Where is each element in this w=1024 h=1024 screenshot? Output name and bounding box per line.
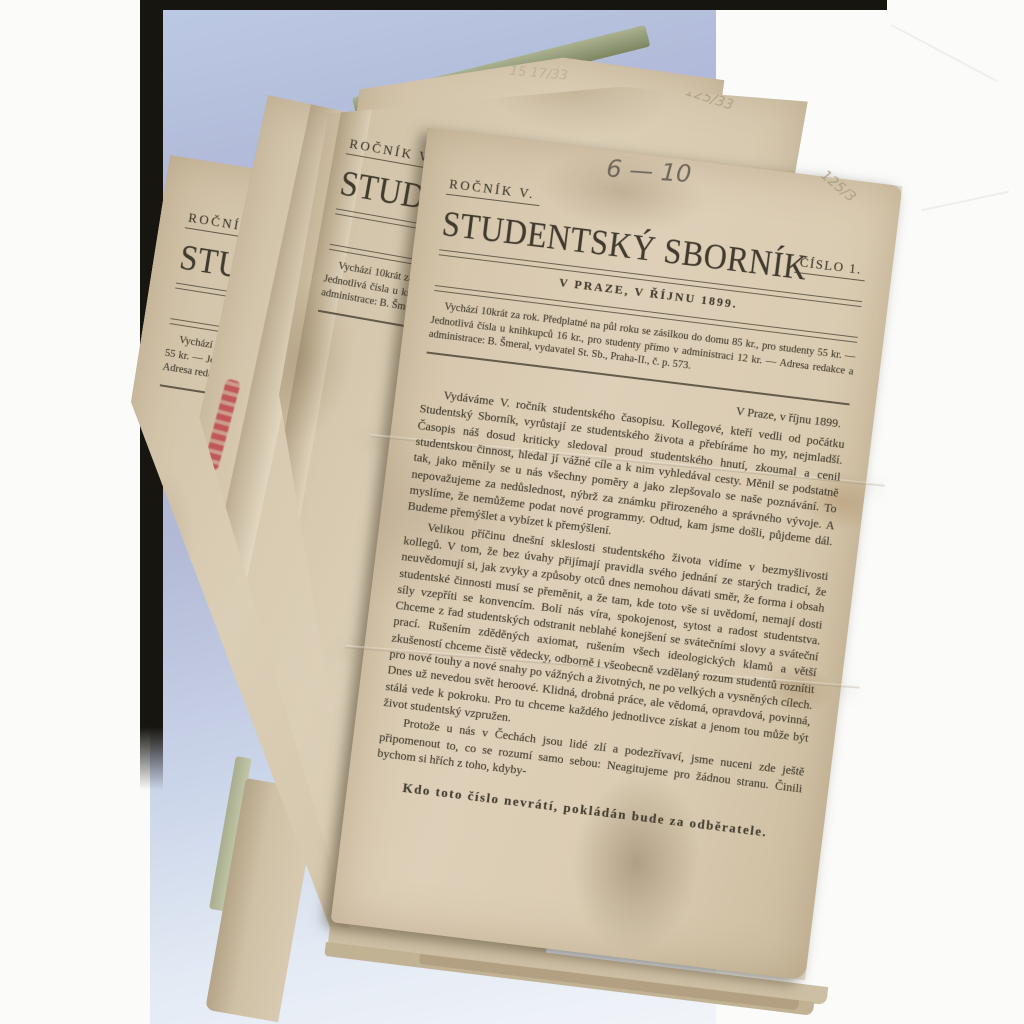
scanner-edge-top: [140, 0, 887, 10]
journal-front-cover: 6 — 10 125/3 ROČNÍK V. ČÍSLO 1. STUDENTS…: [331, 128, 903, 980]
background-crease: [891, 24, 998, 82]
background-crease: [921, 191, 1009, 212]
pencil-inventory-mark: 15 17/33: [509, 64, 568, 84]
cover-volume-label: ROČNÍK V.: [446, 176, 542, 206]
scanned-photo-of-journals: 15 17/33 ROČNÍK V. STUDENTSKÝ SBORNÍK V …: [0, 0, 1024, 1024]
